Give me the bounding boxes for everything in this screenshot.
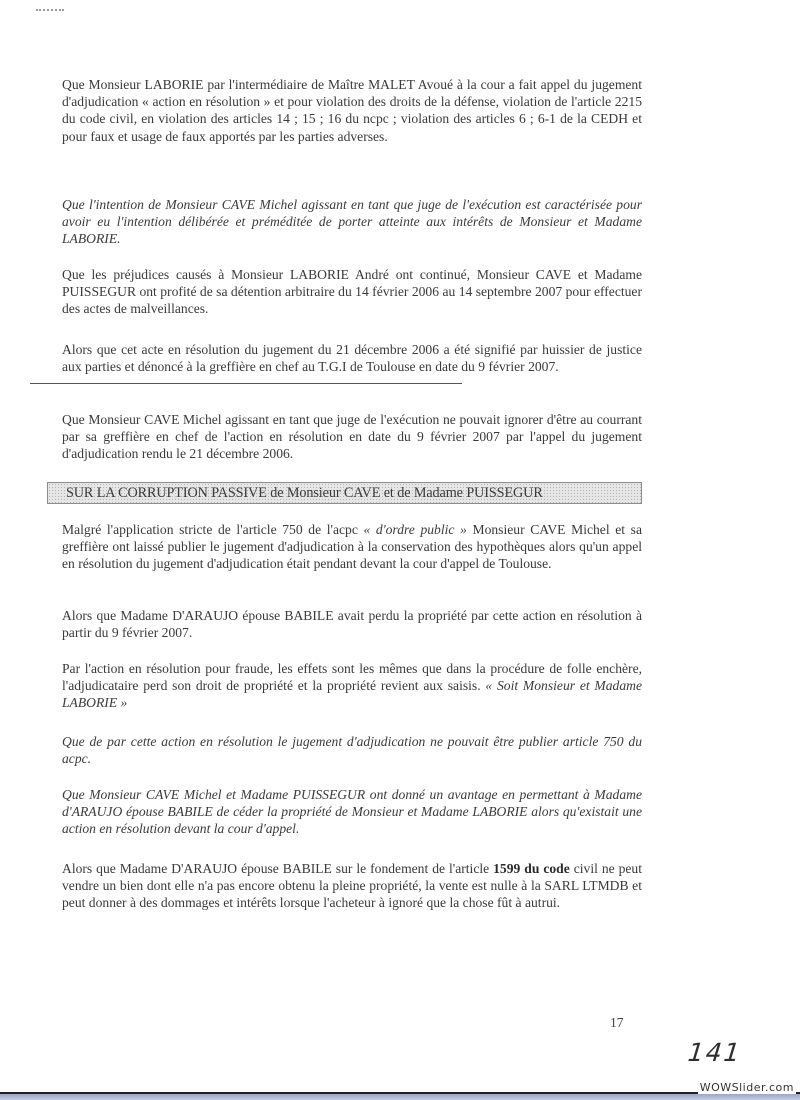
paragraph-article-750: Malgré l'application stricte de l'articl… xyxy=(62,521,642,573)
paragraph-appeal: Que Monsieur LABORIE par l'intermédiaire… xyxy=(62,76,642,145)
paragraph-signification: Alors que cet acte en résolution du juge… xyxy=(62,341,642,375)
section-heading: SUR LA CORRUPTION PASSIVE de Monsieur CA… xyxy=(66,485,543,502)
text-span: Alors que Madame D'ARAUJO épouse BABILE … xyxy=(62,861,493,876)
paragraph-publication: Que de par cette action en résolution le… xyxy=(62,733,642,767)
paragraph-greffiere: Que Monsieur CAVE Michel agissant en tan… xyxy=(62,411,642,463)
paragraph-propriete-perdue: Alors que Madame D'ARAUJO épouse BABILE … xyxy=(62,607,642,641)
paragraph-intention: Que l'intention de Monsieur CAVE Michel … xyxy=(62,196,642,248)
slider-footer-bar xyxy=(0,1092,800,1100)
strike-through-line xyxy=(30,383,462,384)
paragraph-folle-enchere: Par l'action en résolution pour fraude, … xyxy=(62,660,642,712)
text-span: Malgré l'application stricte de l'articl… xyxy=(62,522,363,537)
paragraph-prejudices: Que les préjudices causés à Monsieur LAB… xyxy=(62,266,642,318)
page-number: 17 xyxy=(610,1015,624,1031)
bold-article-ref: 1599 du code xyxy=(493,861,570,876)
quote-ordre-public: « d'ordre public » xyxy=(363,522,466,537)
watermark-link[interactable]: WOWSlider.com xyxy=(698,1081,796,1094)
paragraph-article-1599: Alors que Madame D'ARAUJO épouse BABILE … xyxy=(62,860,642,912)
section-heading-box: SUR LA CORRUPTION PASSIVE de Monsieur CA… xyxy=(47,482,642,504)
scan-artifact-mark xyxy=(36,9,64,13)
paragraph-avantage: Que Monsieur CAVE Michel et Madame PUISS… xyxy=(62,786,642,838)
handwritten-page-number: 141 xyxy=(686,1038,743,1067)
